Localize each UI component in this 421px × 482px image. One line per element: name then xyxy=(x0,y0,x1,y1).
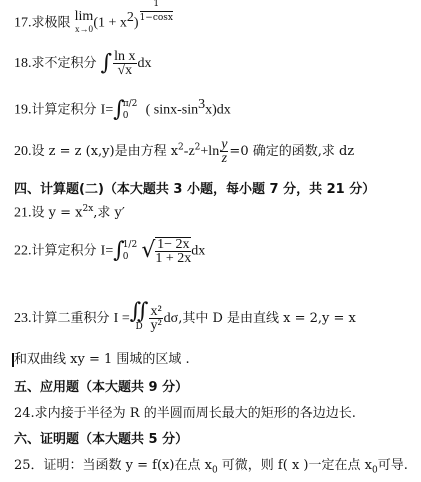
question-19: 19.计算定积分 I=∫π/20 ( sinx-sin3x)dx xyxy=(14,97,231,122)
integrand-fraction: ln x√x xyxy=(113,50,136,77)
limit-expression: (1 + x xyxy=(93,15,127,30)
section-5-heading: 五、应用题（本大题共 9 分） xyxy=(14,380,188,396)
double-integral-sign: ∬D xyxy=(130,303,149,334)
integral-limits: π/20 xyxy=(123,98,138,122)
limit-operator: limx→0 xyxy=(75,10,94,36)
integral-sign: ∫ xyxy=(101,51,112,76)
square-root: √1− 2x1 + 2x xyxy=(141,237,191,265)
exponent-fraction: 11−cosx xyxy=(140,0,173,25)
question-21: 21.设 y = x2x,求 y′ xyxy=(14,201,125,221)
question-20: 20.设 z = z (x,y)是由方程 x2-z2+lnyz=0 确定的函数,… xyxy=(14,138,354,165)
integrand-fraction: x²y² xyxy=(149,305,162,332)
question-text: 求极限 xyxy=(32,15,71,30)
section-4-heading: 四、计算题(二)（本大题共 3 小题，每小题 7 分，共 21 分） xyxy=(14,182,375,198)
question-22: 22.计算定积分 I=∫1/20 √1− 2x1 + 2xdx xyxy=(14,237,205,265)
question-23-continued: 和双曲线 xy = 1 围城的区域 . xyxy=(12,352,190,368)
question-25: 25．证明：当函数 y = f(x)在点 x0 可微，则 f( x )一定在点 … xyxy=(14,458,408,479)
integral-limits: 1/20 xyxy=(123,239,137,263)
log-fraction: yz xyxy=(220,138,228,165)
question-23: 23.计算二重积分 I =∬Dx²y²dσ,其中 D 是由直线 x = 2,y … xyxy=(14,303,356,334)
question-24: 24.求内接于半径为 R 的半圆而周长最大的矩形的各边边长. xyxy=(14,406,356,422)
question-17: 17.求极限 limx→0(1 + x2)11−cosx xyxy=(14,10,174,36)
question-number: 17. xyxy=(14,15,32,30)
section-6-heading: 六、证明题（本大题共 5 分） xyxy=(14,432,188,448)
question-18: 18.求不定积分 ∫ln x√xdx xyxy=(14,50,152,77)
